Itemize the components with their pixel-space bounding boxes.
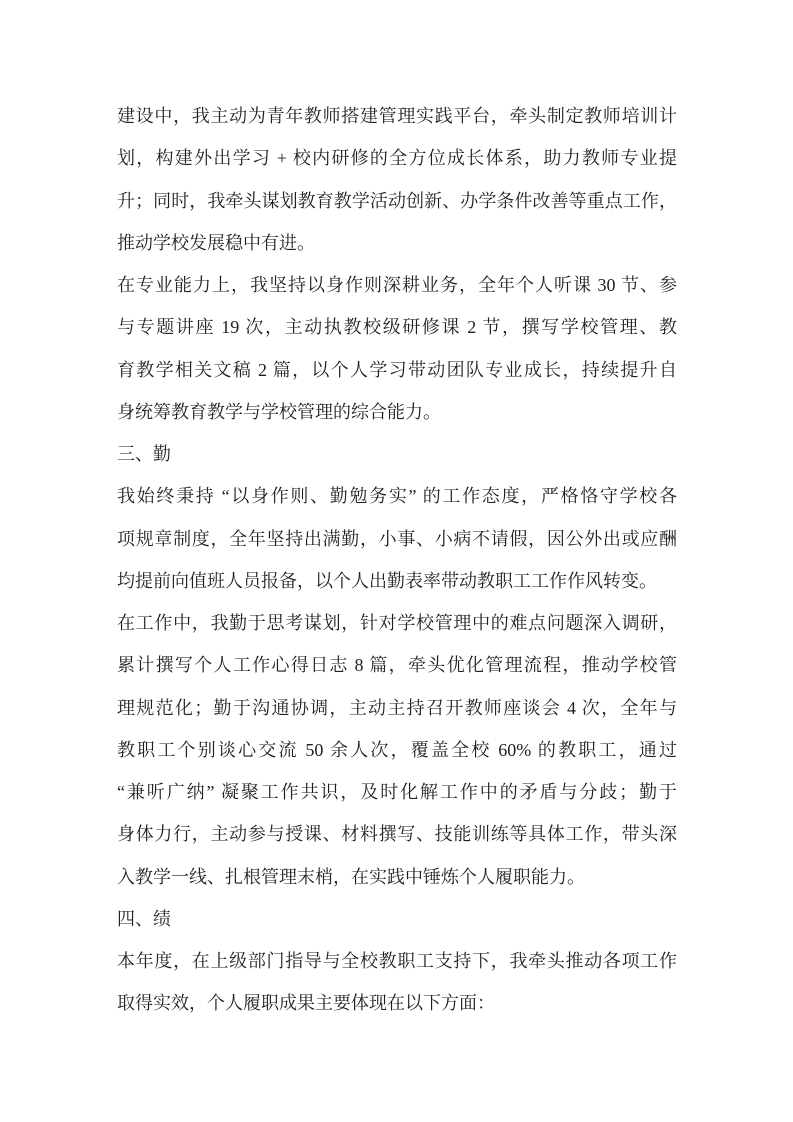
text-line: 与专题讲座 19 次，主动执教校级研修课 2 节，撰写学校管理、教	[117, 306, 677, 348]
text-line: “兼听广纳” 凝聚工作共识，及时化解工作中的矛盾与分歧；勤于	[117, 771, 677, 813]
text-line: 理规范化；勤于沟通协调，主动主持召开教师座谈会 4 次，全年与	[117, 687, 677, 729]
paragraph-diligence-in-work: 在工作中，我勤于思考谋划，针对学校管理中的难点问题深入调研，累计撰写个人工作心得…	[117, 602, 677, 898]
text-line: 均提前向值班人员报备，以个人出勤表率带动教职工工作作风转变。	[117, 560, 677, 602]
paragraph-achievements-intro: 本年度，在上级部门指导与全校教职工支持下，我牵头推动各项工作取得实效，个人履职成…	[117, 940, 677, 1025]
heading-section-4-ji: 四、绩	[117, 898, 677, 940]
document-text: 建设中，我主动为青年教师搭建管理实践平台，牵头制定教师培训计划，构建外出学习 +…	[117, 95, 677, 1025]
text-line: 建设中，我主动为青年教师搭建管理实践平台，牵头制定教师培训计	[117, 95, 677, 137]
text-line: 在工作中，我勤于思考谋划，针对学校管理中的难点问题深入调研，	[117, 602, 677, 644]
document-page: 建设中，我主动为青年教师搭建管理实践平台，牵头制定教师培训计划，构建外出学习 +…	[0, 0, 793, 1122]
text-line: 取得实效，个人履职成果主要体现在以下方面：	[117, 982, 677, 1024]
paragraph-attendance: 我始终秉持 “以身作则、勤勉务实” 的工作态度，严格恪守学校各项规章制度，全年坚…	[117, 475, 677, 602]
text-line: 身统筹教育教学与学校管理的综合能力。	[117, 391, 677, 433]
section-heading: 四、绩	[117, 898, 677, 940]
text-line: 我始终秉持 “以身作则、勤勉务实” 的工作态度，严格恪守学校各	[117, 475, 677, 517]
text-line: 累计撰写个人工作心得日志 8 篇，牵头优化管理流程，推动学校管	[117, 644, 677, 686]
text-line: 划，构建外出学习 + 校内研修的全方位成长体系，助力教师专业提	[117, 137, 677, 179]
text-line: 育教学相关文稿 2 篇，以个人学习带动团队专业成长，持续提升自	[117, 349, 677, 391]
paragraph-platform-building: 建设中，我主动为青年教师搭建管理实践平台，牵头制定教师培训计划，构建外出学习 +…	[117, 95, 677, 264]
section-heading: 三、勤	[117, 433, 677, 475]
text-line: 入教学一线、扎根管理末梢，在实践中锤炼个人履职能力。	[117, 856, 677, 898]
paragraph-professional-ability: 在专业能力上，我坚持以身作则深耕业务，全年个人听课 30 节、参与专题讲座 19…	[117, 264, 677, 433]
heading-section-3-qin: 三、勤	[117, 433, 677, 475]
text-line: 升；同时，我牵头谋划教育教学活动创新、办学条件改善等重点工作，	[117, 180, 677, 222]
text-line: 项规章制度，全年坚持出满勤，小事、小病不请假，因公外出或应酬	[117, 518, 677, 560]
text-line: 在专业能力上，我坚持以身作则深耕业务，全年个人听课 30 节、参	[117, 264, 677, 306]
text-line: 推动学校发展稳中有进。	[117, 222, 677, 264]
text-line: 教职工个别谈心交流 50 余人次，覆盖全校 60% 的教职工，通过	[117, 729, 677, 771]
text-line: 本年度，在上级部门指导与全校教职工支持下，我牵头推动各项工作	[117, 940, 677, 982]
text-line: 身体力行，主动参与授课、材料撰写、技能训练等具体工作，带头深	[117, 813, 677, 855]
